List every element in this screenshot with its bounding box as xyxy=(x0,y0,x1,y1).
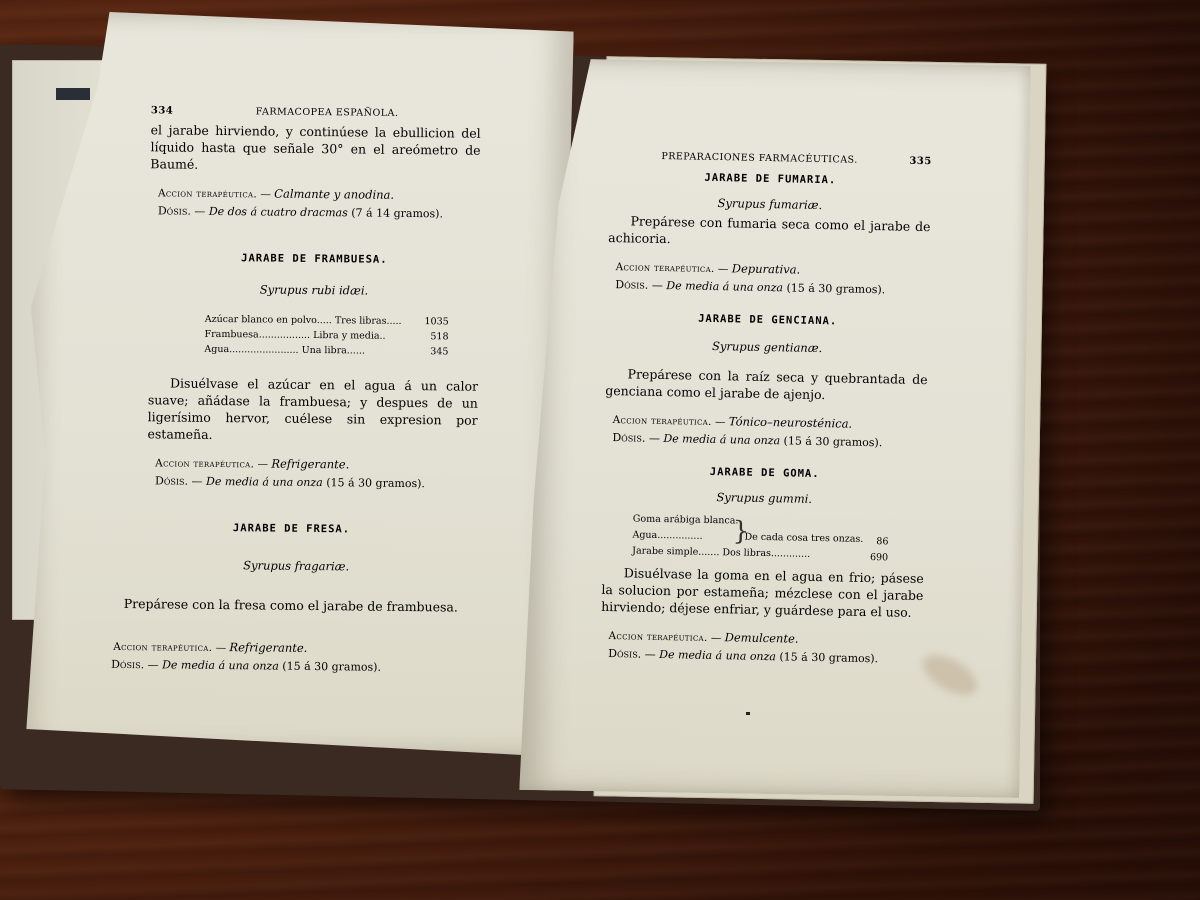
preparation-paragraph: Disuélvase la goma en el agua en frio; p… xyxy=(601,564,924,621)
latin-name: Syrupus rubi idæi. xyxy=(149,280,479,300)
ingredient-table: Goma arábiga blanca. Agua...............… xyxy=(632,510,903,563)
running-head-title: FARMACOPEA ESPAÑOLA. xyxy=(173,103,481,123)
entry-heading: JARABE DE FUMARIA. xyxy=(609,168,931,191)
left-running-head: 334 FARMACOPEA ESPAÑOLA. xyxy=(151,102,481,122)
latin-name: Syrupus gentianæ. xyxy=(606,336,928,359)
right-page-content: PREPARACIONES FARMACÉUTICAS. 335 JARABE … xyxy=(600,147,932,668)
page-number: 335 xyxy=(909,153,932,170)
left-page-content: 334 FARMACOPEA ESPAÑOLA. el jarabe hirvi… xyxy=(145,102,481,676)
latin-name: Syrupus fragariæ. xyxy=(116,556,476,577)
ingredient-table: Azúcar blanco en polvo..... Tres libras.… xyxy=(204,312,448,360)
ingredient-jarabe: Jarabe simple....... Dos libras.........… xyxy=(632,542,810,562)
dosis-line: Dósis. — De dos á cuatro dracmas (7 á 14… xyxy=(158,202,480,222)
shared-grams: 86 xyxy=(876,533,888,550)
spine-label-tab xyxy=(56,88,90,100)
page-number: 334 xyxy=(151,102,174,119)
preparation-paragraph: Disuélvase el azúcar en el agua á un cal… xyxy=(147,374,478,445)
ingredient-row: Agua....................... Una libra...… xyxy=(204,342,448,360)
entry-heading: JARABE DE FRESA. xyxy=(106,519,476,540)
preparation-paragraph: Prepárese con fumaria seca como el jarab… xyxy=(608,212,931,252)
continuation-paragraph: el jarabe hirviendo, y continúese la ebu… xyxy=(150,121,481,175)
jarabe-grams: 690 xyxy=(870,549,888,566)
latin-name: Syrupus gummi. xyxy=(603,487,925,510)
entry-heading: JARABE DE FRAMBUESA. xyxy=(149,249,479,269)
entry-heading: JARABE DE GOMA. xyxy=(604,462,926,485)
entry-heading: JARABE DE GENCIANA. xyxy=(607,309,929,332)
preparation-paragraph: Prepárese con la raíz seca y quebrantada… xyxy=(605,365,928,405)
dosis-line: Dósis. — De media á una onza (15 á 30 gr… xyxy=(155,472,477,492)
printer-mark xyxy=(746,712,750,715)
